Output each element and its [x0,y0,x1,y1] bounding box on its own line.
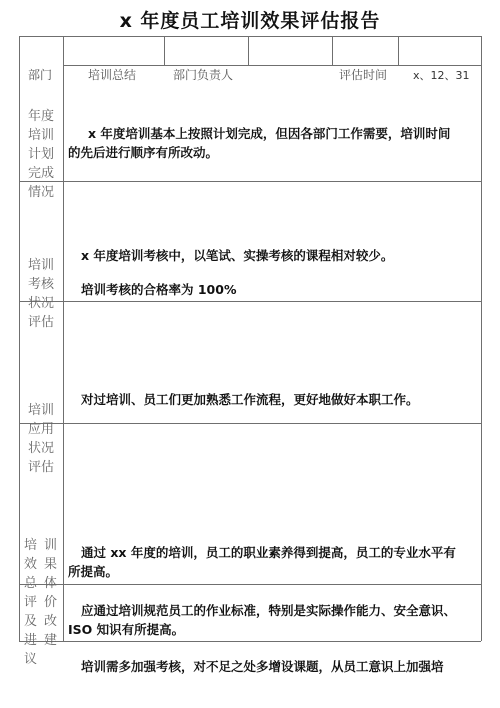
dept-value: 培训总结 [88,66,136,83]
header-divider-3 [332,36,333,65]
eval-time-value: x、12、31 [413,67,470,83]
footer-text: 培训需多加强考核，对不足之处多增设课题，从员工意识上加强培 [81,657,444,676]
section-5-text-line-2: ISO 知识有所提高。 [68,620,184,639]
manager-label: 部门负责人 [173,66,233,83]
table-border-bottom [19,641,481,642]
dept-label: 部门 [28,66,52,83]
section-1-text-line-1: x 年度培训基本上按照计划完成，但因各部门工作需要，培训时间 [88,124,450,143]
section-2-text-line-1: x 年度培训考核中，以笔试、实操考核的课程相对较少。 [81,246,393,265]
section-3-text: 对过培训、员工们更加熟悉工作流程，更好地做好本职工作。 [81,390,419,409]
eval-time-label: 评估时间 [339,66,387,83]
table-border-right [481,36,482,641]
section-1-label: 年度 培训 计划 完成 情况 [21,107,61,202]
header-divider-1 [164,36,165,65]
label-column-divider [63,36,64,641]
table-border-left [19,36,20,641]
table-border-top [19,36,481,37]
row-line-2 [19,301,481,302]
section-1-text-line-2: 的先后进行顺序有所改动。 [68,143,218,162]
section-2-label: 培训 考核 状况 评估 [21,256,61,332]
section-3-label: 培训 应用 状况 评估 [21,401,61,477]
row-line-1 [19,181,481,182]
row-line-3 [19,423,481,424]
section-4-text-line-1: 通过 xx 年度的培训，员工的职业素养得到提高，员工的专业水平有 [81,543,456,562]
section-2-text-line-2: 培训考核的合格率为 100% [81,280,236,299]
section-4-text-line-2: 所提高。 [68,562,118,581]
section-5-text-line-1: 应通过培训规范员工的作业标准，特别是实际操作能力、安全意识、 [81,601,456,620]
row-line-4 [19,584,481,585]
header-divider-4 [398,36,399,65]
header-divider-2 [248,36,249,65]
document-title: x 年度员工培训效果评估报告 [0,6,500,33]
